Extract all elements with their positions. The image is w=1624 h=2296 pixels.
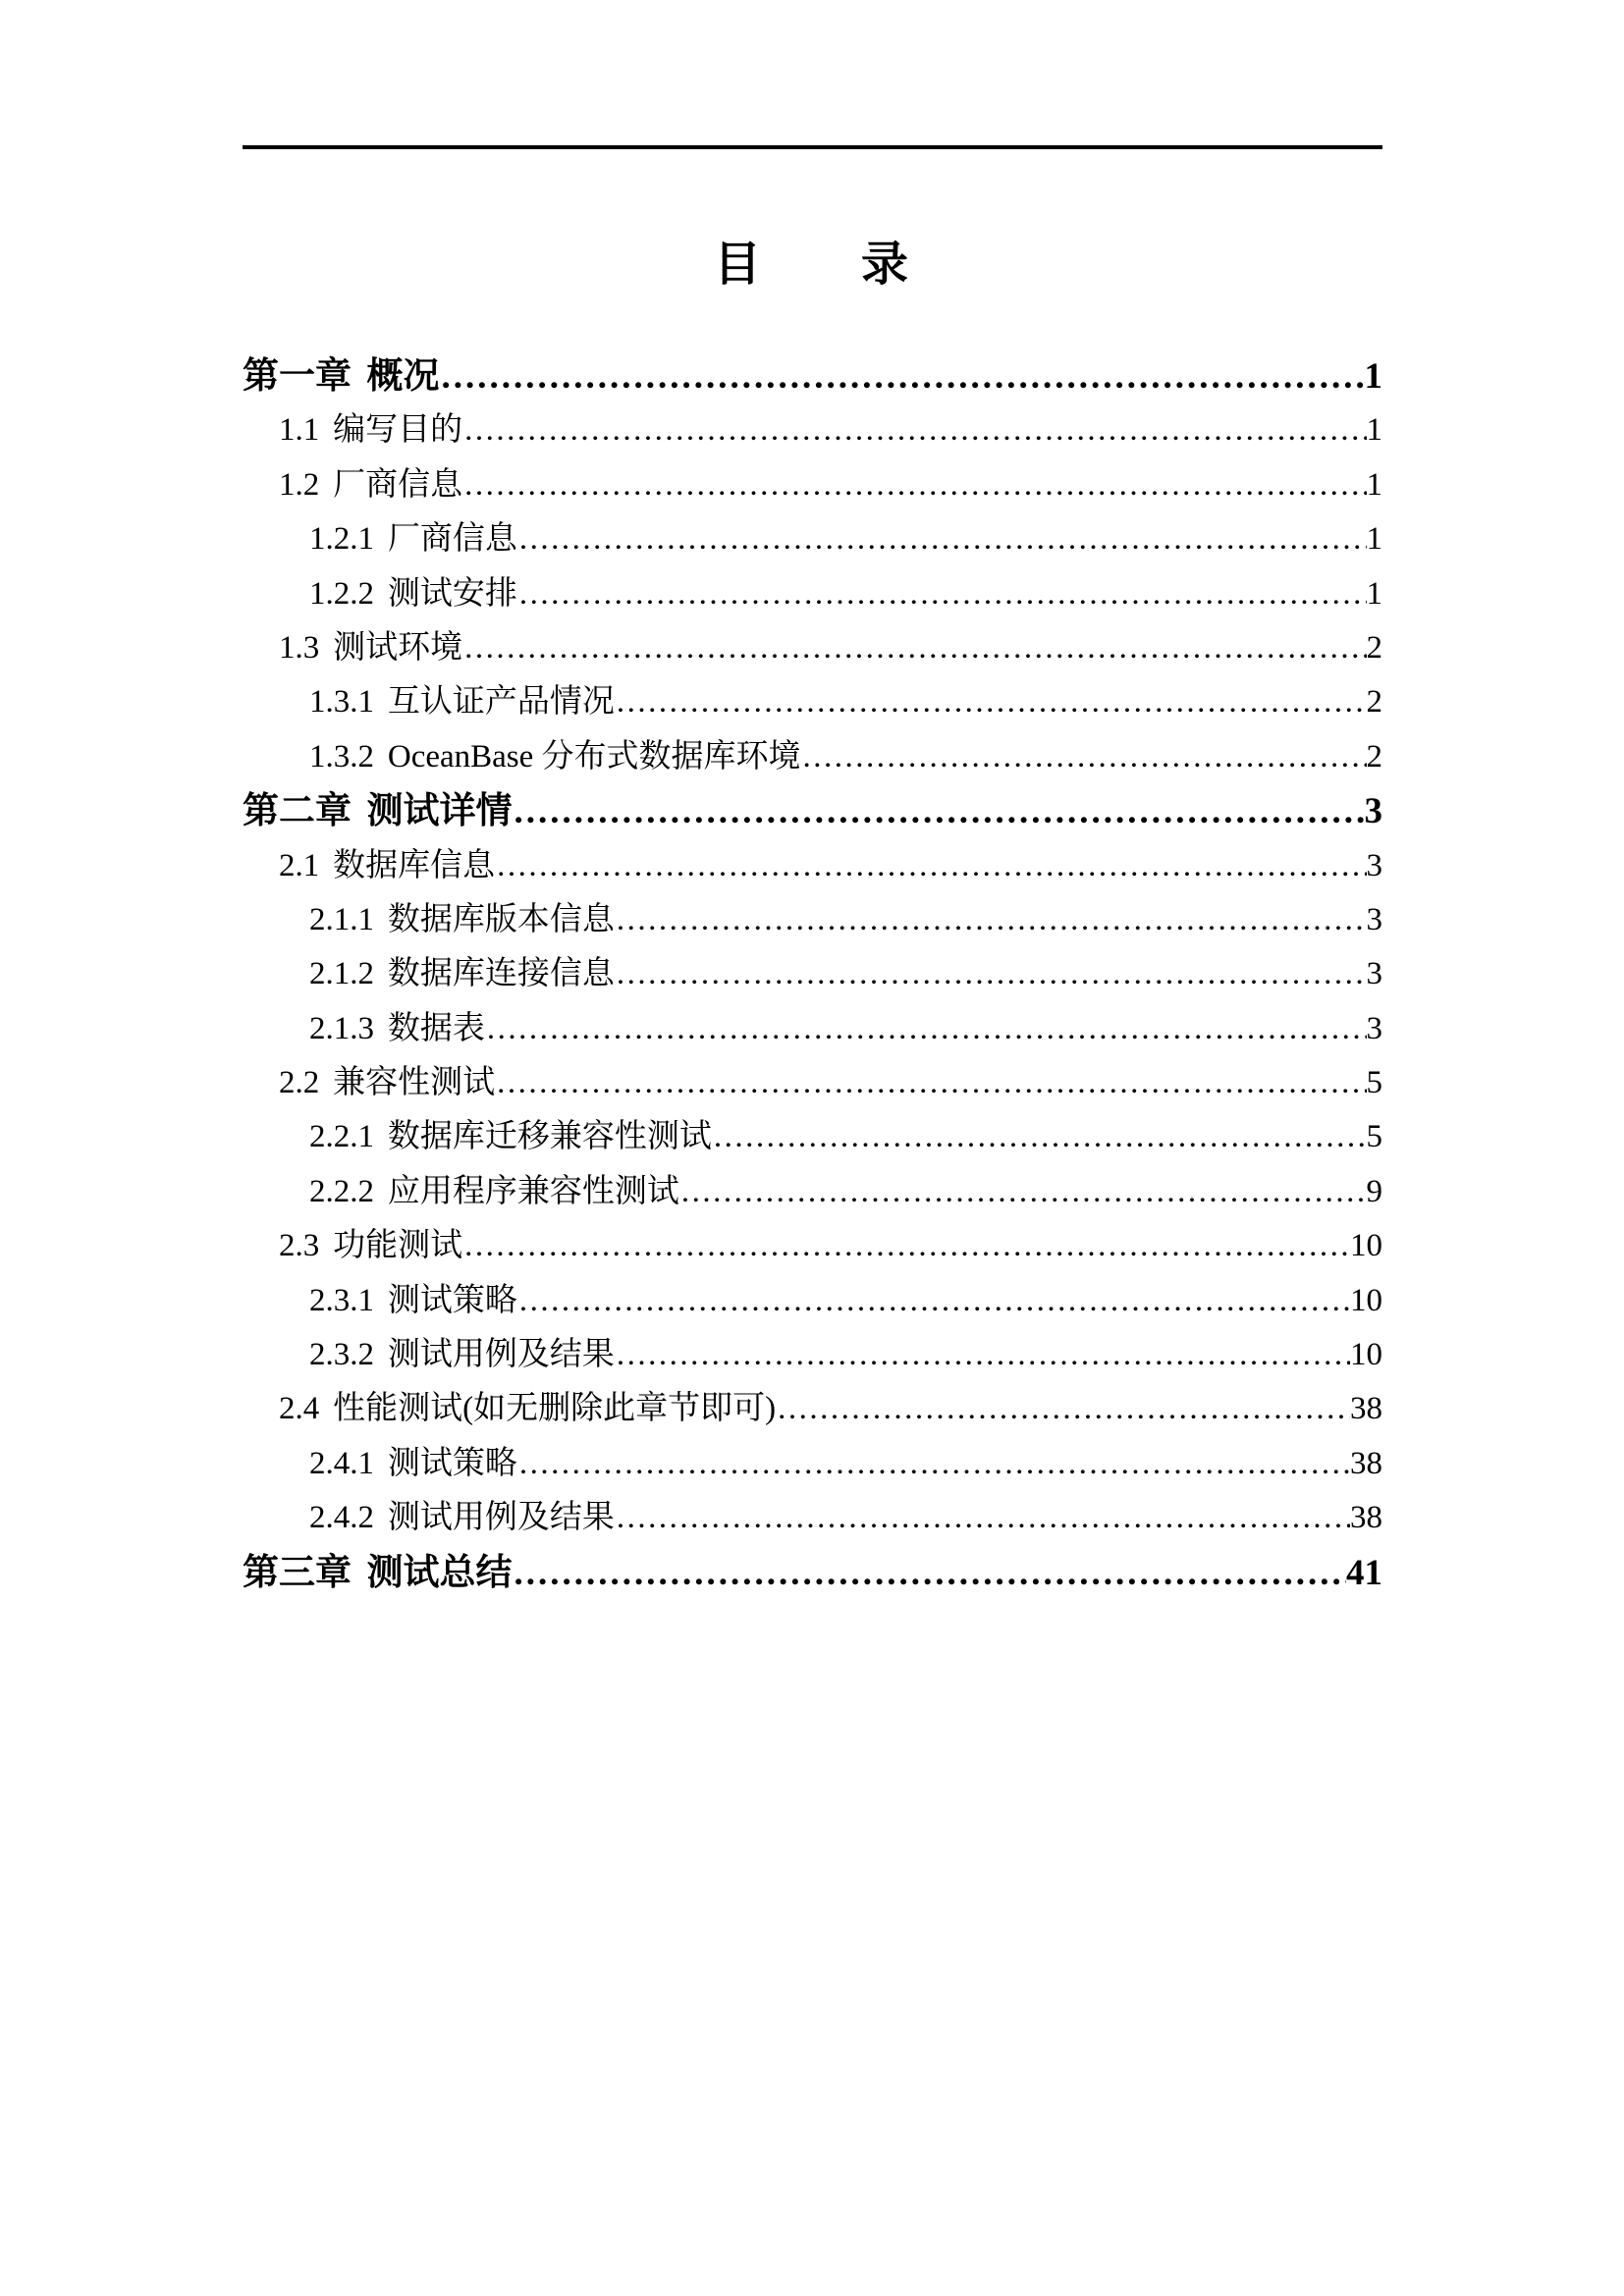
dot-leader: ........................................… [519, 1437, 1350, 1491]
toc-entry-number: 2.3.1 [309, 1274, 374, 1328]
toc-page-number: 10 [1350, 1274, 1382, 1328]
toc-entry[interactable]: 2.1.3数据表................................… [243, 1002, 1382, 1056]
toc-page-number: 1 [1367, 403, 1383, 457]
toc-entry-number: 1.3.1 [309, 675, 374, 729]
toc-entry-title: 应用程序兼容性测试 [388, 1165, 679, 1219]
toc-entry-number: 1.2.1 [309, 512, 374, 566]
toc-page-number: 10 [1350, 1328, 1382, 1382]
dot-leader: ........................................… [497, 1056, 1366, 1110]
dot-leader: ........................................… [464, 458, 1366, 512]
toc-entry-number: 2.4.2 [309, 1491, 374, 1545]
toc-entry-number: 2.3 [279, 1219, 319, 1273]
toc-page-number: 1 [1367, 512, 1383, 566]
toc-entry-title: 功能测试 [333, 1219, 462, 1273]
toc-entry-number: 1.1 [279, 403, 319, 457]
toc-page-number: 3 [1365, 784, 1383, 838]
page-title: 目 录 [0, 226, 1624, 294]
toc-entry[interactable]: 第一章概况...................................… [243, 349, 1382, 403]
toc-entry[interactable]: 2.1.2数据库连接信息............................… [243, 947, 1382, 1001]
toc-page-number: 1 [1367, 567, 1383, 621]
toc-page-number: 1 [1367, 458, 1383, 512]
toc-page-number: 38 [1350, 1382, 1382, 1436]
toc-page-number: 10 [1350, 1219, 1382, 1273]
toc-entry-number: 1.2 [279, 458, 319, 512]
toc-entry[interactable]: 2.3.1测试策略...............................… [243, 1274, 1382, 1328]
toc-page-number: 1 [1365, 349, 1383, 403]
dot-leader: ........................................… [617, 1328, 1350, 1382]
toc-page-number: 2 [1367, 730, 1383, 784]
toc-entry-title: 数据库连接信息 [388, 947, 615, 1001]
toc-page-number: 3 [1367, 1002, 1383, 1056]
toc-entry[interactable]: 2.4.2测试用例及结果............................… [243, 1491, 1382, 1545]
toc-page-number: 3 [1367, 947, 1383, 1001]
toc-entry[interactable]: 2.3.2测试用例及结果............................… [243, 1328, 1382, 1382]
toc-entry[interactable]: 2.2.1数据库迁移兼容性测试.........................… [243, 1110, 1382, 1164]
toc-entry-number: 2.2.1 [309, 1110, 374, 1164]
toc-entry[interactable]: 1.2.2测试安排...............................… [243, 567, 1382, 621]
toc-entry-number: 1.3 [279, 621, 319, 675]
toc-entry-number: 2.4 [279, 1382, 319, 1436]
toc-entry-title: 数据表 [388, 1002, 485, 1056]
toc-entry-title: 测试环境 [333, 621, 462, 675]
toc-entry-number: 1.2.2 [309, 567, 374, 621]
dot-leader: ........................................… [464, 1219, 1350, 1273]
toc-entry-title: 测试详情 [367, 784, 513, 838]
toc-entry-title: 测试策略 [388, 1274, 517, 1328]
toc-entry-number: 2.1.3 [309, 1002, 374, 1056]
toc-entry[interactable]: 第三章测试总结.................................… [243, 1546, 1382, 1600]
toc-entry-number: 2.3.2 [309, 1328, 374, 1382]
dot-leader: ........................................… [617, 893, 1367, 947]
toc-page-number: 3 [1367, 893, 1383, 947]
toc-entry-title: 测试总结 [367, 1546, 513, 1600]
dot-leader: ........................................… [497, 839, 1366, 893]
toc-entry[interactable]: 1.2厂商信息.................................… [243, 458, 1382, 512]
toc-entry-title: 性能测试(如无删除此章节即可) [333, 1382, 776, 1436]
toc-entry-title: OceanBase 分布式数据库环境 [388, 730, 801, 784]
toc-entry[interactable]: 2.1数据库信息................................… [243, 839, 1382, 893]
dot-leader: ........................................… [778, 1382, 1350, 1436]
dot-leader: ........................................… [464, 621, 1366, 675]
toc-page-number: 2 [1367, 621, 1383, 675]
toc-entry-title: 数据库信息 [333, 839, 495, 893]
toc-entry[interactable]: 2.2兼容性测试................................… [243, 1056, 1382, 1110]
toc-entry-title: 测试用例及结果 [388, 1491, 615, 1545]
dot-leader: ........................................… [803, 730, 1367, 784]
toc-entry[interactable]: 2.4.1测试策略...............................… [243, 1437, 1382, 1491]
dot-leader: ........................................… [442, 349, 1365, 403]
toc-page-number: 9 [1367, 1165, 1383, 1219]
toc-entry[interactable]: 2.3功能测试.................................… [243, 1219, 1382, 1273]
toc-entry-number: 1.3.2 [309, 730, 374, 784]
toc-entry-title: 互认证产品情况 [388, 675, 615, 729]
toc-entry-number: 第二章 [243, 784, 352, 838]
dot-leader: ........................................… [519, 567, 1367, 621]
dot-leader: ........................................… [681, 1165, 1367, 1219]
dot-leader: ........................................… [617, 1491, 1350, 1545]
toc-entry[interactable]: 2.4性能测试(如无删除此章节即可)......................… [243, 1382, 1382, 1436]
toc-entry-number: 2.1.2 [309, 947, 374, 1001]
toc-entry-title: 编写目的 [333, 403, 462, 457]
toc-entry[interactable]: 1.3.1互认证产品情况............................… [243, 675, 1382, 729]
toc-entry[interactable]: 1.1编写目的.................................… [243, 403, 1382, 457]
toc-page-number: 41 [1346, 1546, 1382, 1600]
toc-entry[interactable]: 1.3.2OceanBase 分布式数据库环境.................… [243, 730, 1382, 784]
document-page: 目 录 第一章概况...............................… [0, 0, 1624, 2296]
toc-entry[interactable]: 2.1.1数据库版本信息............................… [243, 893, 1382, 947]
toc-entry-number: 第三章 [243, 1546, 352, 1600]
toc-entry-title: 测试安排 [388, 567, 517, 621]
table-of-contents: 第一章概况...................................… [243, 349, 1382, 1600]
dot-leader: ........................................… [617, 675, 1367, 729]
toc-entry[interactable]: 1.2.1厂商信息...............................… [243, 512, 1382, 566]
dot-leader: ........................................… [714, 1110, 1367, 1164]
dot-leader: ........................................… [487, 1002, 1367, 1056]
toc-page-number: 5 [1367, 1110, 1383, 1164]
toc-entry-number: 2.1 [279, 839, 319, 893]
toc-page-number: 38 [1350, 1437, 1382, 1491]
toc-page-number: 38 [1350, 1491, 1382, 1545]
dot-leader: ........................................… [464, 403, 1366, 457]
toc-entry-number: 第一章 [243, 349, 352, 403]
header-rule [243, 145, 1382, 149]
dot-leader: ........................................… [519, 512, 1367, 566]
toc-entry[interactable]: 2.2.2应用程序兼容性测试..........................… [243, 1165, 1382, 1219]
toc-entry-number: 2.1.1 [309, 893, 374, 947]
dot-leader: ........................................… [514, 784, 1365, 838]
toc-entry-title: 数据库版本信息 [388, 893, 615, 947]
dot-leader: ........................................… [514, 1546, 1346, 1600]
toc-entry-title: 测试策略 [388, 1437, 517, 1491]
toc-page-number: 5 [1367, 1056, 1383, 1110]
toc-page-number: 3 [1367, 839, 1383, 893]
dot-leader: ........................................… [617, 947, 1367, 1001]
dot-leader: ........................................… [519, 1274, 1350, 1328]
toc-entry-title: 概况 [367, 349, 440, 403]
toc-entry-title: 兼容性测试 [333, 1056, 495, 1110]
toc-entry-title: 厂商信息 [388, 512, 517, 566]
toc-entry[interactable]: 1.3测试环境.................................… [243, 621, 1382, 675]
toc-entry-title: 数据库迁移兼容性测试 [388, 1110, 712, 1164]
toc-entry-number: 2.4.1 [309, 1437, 374, 1491]
toc-entry-title: 测试用例及结果 [388, 1328, 615, 1382]
toc-entry-title: 厂商信息 [333, 458, 462, 512]
toc-entry-number: 2.2.2 [309, 1165, 374, 1219]
toc-entry[interactable]: 第二章测试详情.................................… [243, 784, 1382, 838]
toc-entry-number: 2.2 [279, 1056, 319, 1110]
toc-page-number: 2 [1367, 675, 1383, 729]
